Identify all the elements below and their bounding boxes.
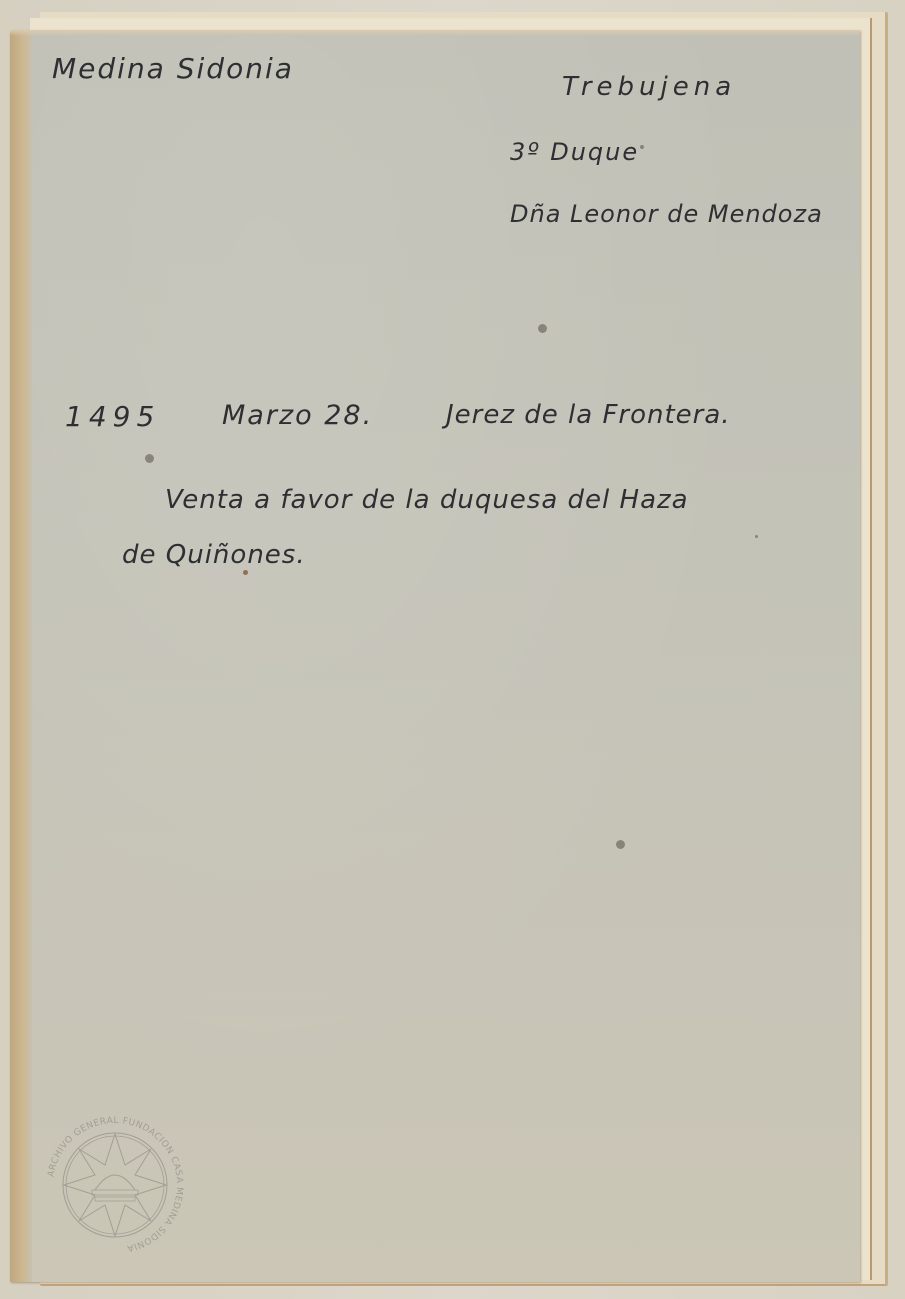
archive-stamp-icon: ARCHIVO GENERAL FUNDACION CASA MEDINA SI… [40, 1110, 190, 1260]
header-person: Dña Leonor de Mendoza [510, 200, 823, 228]
folder-spine-edge [10, 30, 32, 1282]
paper-speck [538, 324, 547, 333]
header-collection-name: Medina Sidonia [52, 52, 294, 85]
entry-date: Marzo 28. [222, 400, 373, 431]
entry-place: Jerez de la Frontera. [446, 400, 731, 430]
paper-speck [145, 454, 154, 463]
paper-speck [755, 535, 758, 538]
folder-cover: Medina Sidonia Trebujena 3º Duque Dña Le… [10, 30, 860, 1282]
paper-speck [640, 145, 644, 149]
entry-description-line1: Venta a favor de la duquesa del Haza [165, 485, 689, 515]
entry-year: 1495 [65, 400, 160, 433]
header-place: Trebujena [562, 72, 736, 102]
folder-top-edge [10, 30, 860, 36]
entry-description-line2: de Quiñones. [122, 540, 306, 570]
header-duke: 3º Duque [510, 138, 639, 166]
paper-speck [243, 570, 248, 575]
paper-speck [616, 840, 625, 849]
